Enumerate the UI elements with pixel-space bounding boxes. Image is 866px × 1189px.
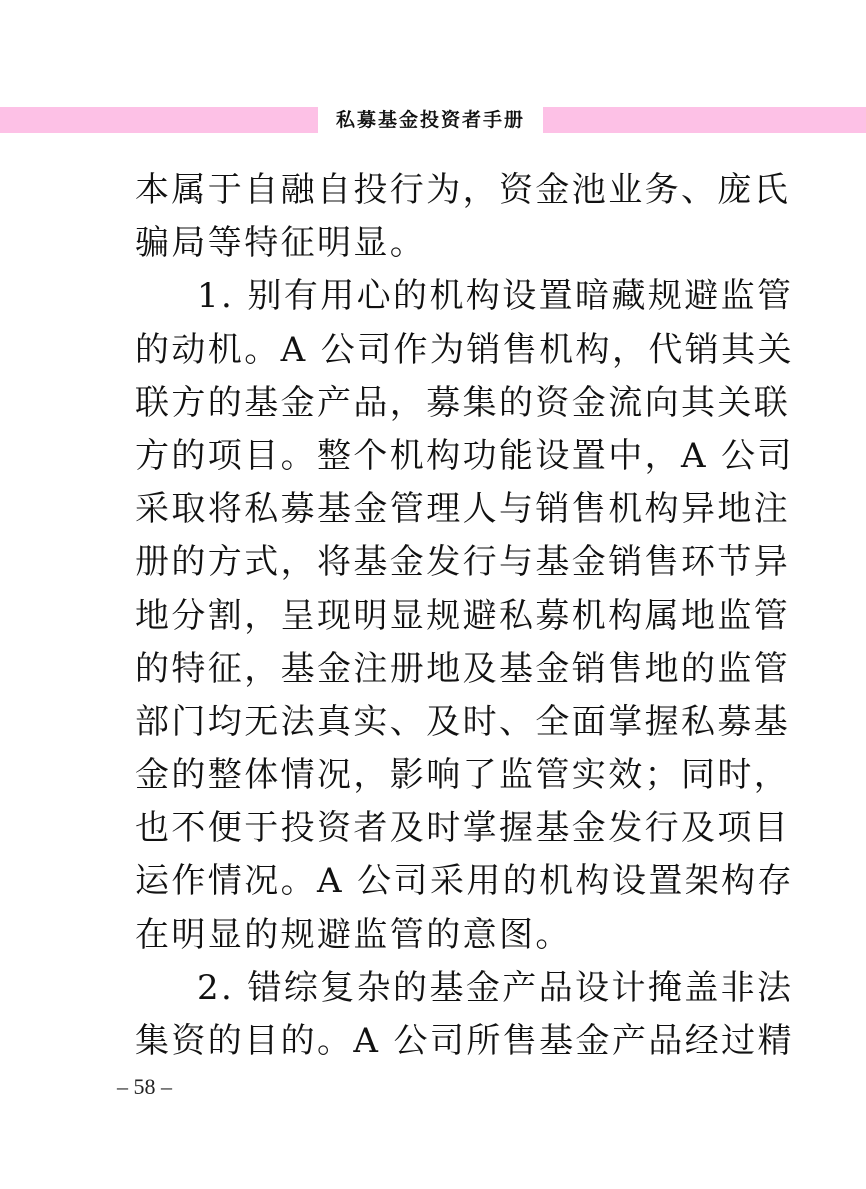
text-line: 金的整体情况，影响了监管实效；同时， — [135, 749, 725, 802]
text-line: 的动机。A 公司作为销售机构，代销其关 — [135, 324, 725, 377]
text-line: 地分割，呈现明显规避私募机构属地监管 — [135, 590, 725, 643]
text-line: 的特征，基金注册地及基金销售地的监管 — [135, 643, 725, 696]
text-line: 骗局等特征明显。 — [135, 217, 725, 270]
text-line: 也不便于投资者及时掌握基金发行及项目 — [135, 802, 725, 855]
text-line: 方的项目。整个机构功能设置中，A 公司 — [135, 430, 725, 483]
text-line-paragraph-start: 2. 错综复杂的基金产品设计掩盖非法 — [135, 962, 725, 1015]
body-text: 本属于自融自投行为，资金池业务、庞氏 骗局等特征明显。 1. 别有用心的机构设置… — [135, 164, 725, 1068]
header-bar-right — [543, 107, 866, 133]
text-line: 集资的目的。A 公司所售基金产品经过精 — [135, 1015, 725, 1068]
page-number: – 58 – — [117, 1074, 172, 1100]
text-line: 采取将私募基金管理人与销售机构异地注 — [135, 483, 725, 536]
running-header-title: 私募基金投资者手册 — [318, 106, 543, 134]
text-line: 运作情况。A 公司采用的机构设置架构存 — [135, 855, 725, 908]
text-line: 册的方式，将基金发行与基金销售环节异 — [135, 536, 725, 589]
text-line-paragraph-start: 1. 别有用心的机构设置暗藏规避监管 — [135, 270, 725, 323]
text-line: 本属于自融自投行为，资金池业务、庞氏 — [135, 164, 725, 217]
header-bar-left — [0, 107, 318, 133]
text-line: 部门均无法真实、及时、全面掌握私募基 — [135, 696, 725, 749]
text-line: 联方的基金产品，募集的资金流向其关联 — [135, 377, 725, 430]
text-line: 在明显的规避监管的意图。 — [135, 909, 725, 962]
